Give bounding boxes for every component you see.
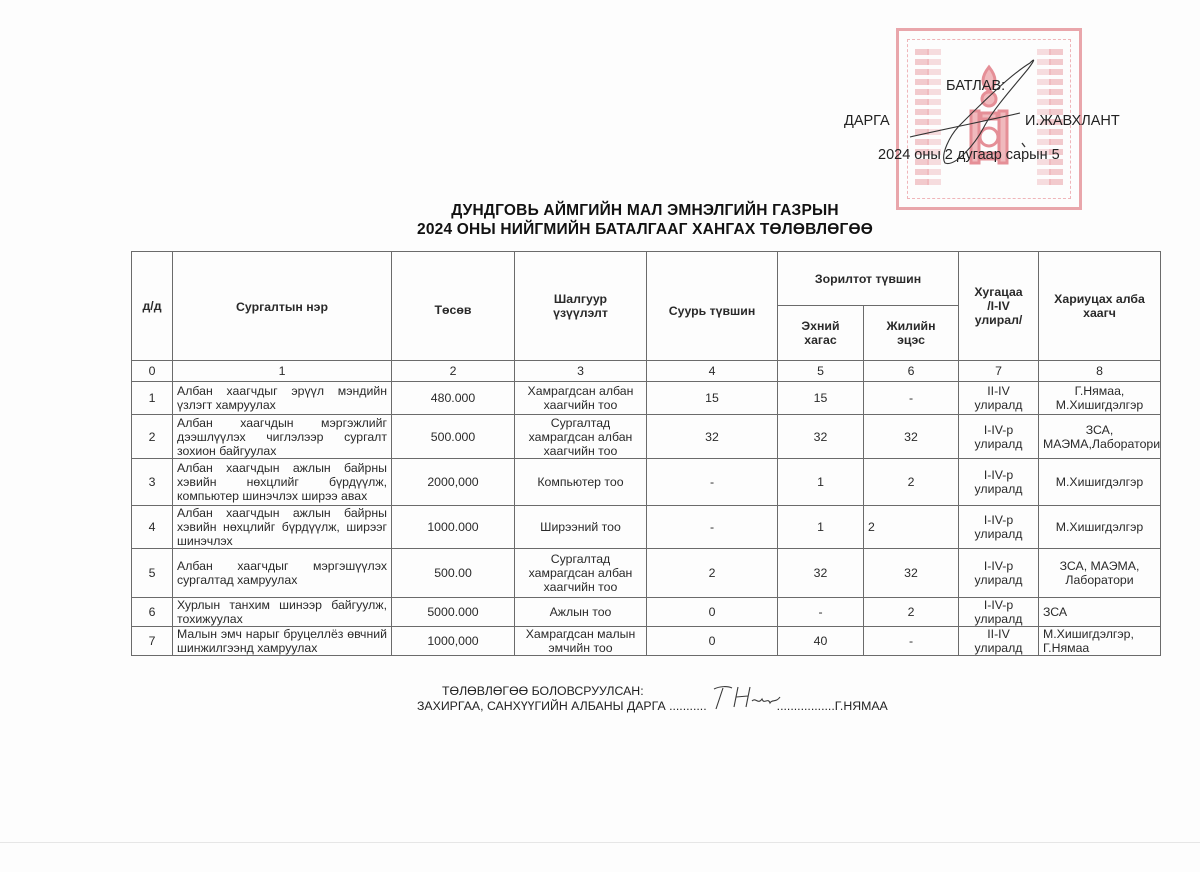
baseline-level-cell: 32 <box>647 415 778 459</box>
training-name-cell: Албан хаагчдын мэргэжлийг дээшлүүлэх чиг… <box>173 415 392 459</box>
budget-cell: 1000,000 <box>392 627 515 656</box>
director-signature <box>900 55 1070 175</box>
column-number-cell: 8 <box>1039 361 1161 382</box>
column-number-cell: 1 <box>173 361 392 382</box>
prepared-by-label: ТӨЛӨВЛӨГӨӨ БОЛОВСРУУЛСАН: <box>442 684 644 698</box>
target-first-half-cell: 1 <box>778 506 864 549</box>
responsible-staff-cell: Г.Нямаа, М.Хишигдэлгэр <box>1039 382 1161 415</box>
period-cell: I-IV-р улиралд <box>959 598 1039 627</box>
header-target-year-end: Жилийн эцэс <box>864 306 959 361</box>
target-first-half-cell: 15 <box>778 382 864 415</box>
indicator-cell: Ширээний тоо <box>515 506 647 549</box>
target-year-end-cell: 32 <box>864 549 959 598</box>
header-target-first-half: Эхний хагас <box>778 306 864 361</box>
budget-cell: 5000.000 <box>392 598 515 627</box>
column-number-cell: 3 <box>515 361 647 382</box>
approver-position: ДАРГА <box>844 113 890 129</box>
column-number-row: 012345678 <box>132 361 1161 382</box>
baseline-level-cell: - <box>647 506 778 549</box>
training-name-cell: Албан хаагчдын ажлын байрны хэвийн нөхцл… <box>173 506 392 549</box>
page-fold-line <box>0 842 1200 843</box>
budget-cell: 1000.000 <box>392 506 515 549</box>
column-number-cell: 2 <box>392 361 515 382</box>
preparer-signature <box>708 683 788 713</box>
header-responsible: Хариуцах алба хаагч <box>1039 252 1161 361</box>
responsible-staff-cell: ЗСА <box>1039 598 1161 627</box>
row-number-cell: 7 <box>132 627 173 656</box>
column-number-cell: 6 <box>864 361 959 382</box>
baseline-level-cell: 0 <box>647 627 778 656</box>
row-number-cell: 6 <box>132 598 173 627</box>
indicator-cell: Ажлын тоо <box>515 598 647 627</box>
budget-cell: 500.000 <box>392 415 515 459</box>
prepared-by-line: ЗАХИРГАА, САНХҮҮГИЙН АЛБАНЫ ДАРГА ......… <box>417 699 888 713</box>
header-budget: Төсөв <box>392 252 515 361</box>
header-no: д/д <box>132 252 173 361</box>
period-cell: II-IV улиралд <box>959 382 1039 415</box>
target-year-end-cell: 2 <box>864 459 959 506</box>
baseline-level-cell: 0 <box>647 598 778 627</box>
row-number-cell: 4 <box>132 506 173 549</box>
header-target: Зорилтот түвшин <box>778 252 959 306</box>
table-row: 4Албан хаагчдын ажлын байрны хэвийн нөхц… <box>132 506 1161 549</box>
responsible-staff-cell: ЗСА, МАЭМА,Лаборатори <box>1039 415 1161 459</box>
training-name-cell: Хурлын танхим шинээр байгуулж, тохижуула… <box>173 598 392 627</box>
target-first-half-cell: - <box>778 598 864 627</box>
row-number-cell: 1 <box>132 382 173 415</box>
header-period: Хугацаа /I-IV улирал/ <box>959 252 1039 361</box>
header-indicator: Шалгуур үзүүлэлт <box>515 252 647 361</box>
document-title-line1: ДУНДГОВЬ АЙМГИЙН МАЛ ЭМНЭЛГИЙН ГАЗРЫН <box>0 202 1200 220</box>
responsible-staff-cell: М.Хишигдэлгэр <box>1039 459 1161 506</box>
header-name: Сургалтын нэр <box>173 252 392 361</box>
period-cell: I-IV-р улиралд <box>959 459 1039 506</box>
budget-cell: 480.000 <box>392 382 515 415</box>
indicator-cell: Сургалтад хамрагдсан албан хаагчийн тоо <box>515 549 647 598</box>
signature-dots-left: ........... <box>669 699 707 713</box>
table-row: 3Албан хаагчдын ажлын байрны хэвийн нөхц… <box>132 459 1161 506</box>
target-year-end-cell: - <box>864 627 959 656</box>
baseline-level-cell: - <box>647 459 778 506</box>
header-row-1: д/д Сургалтын нэр Төсөв Шалгуур үзүүлэлт… <box>132 252 1161 306</box>
row-number-cell: 2 <box>132 415 173 459</box>
training-name-cell: Албан хаагчдын ажлын байрны хэвийн нөхцл… <box>173 459 392 506</box>
target-year-end-cell: 32 <box>864 415 959 459</box>
row-number-cell: 3 <box>132 459 173 506</box>
indicator-cell: Хамрагдсан малын эмчийн тоо <box>515 627 647 656</box>
header-baseline: Суурь түвшин <box>647 252 778 361</box>
responsible-staff-cell: ЗСА, МАЭМА, Лаборатори <box>1039 549 1161 598</box>
column-number-cell: 5 <box>778 361 864 382</box>
table-row: 6Хурлын танхим шинээр байгуулж, тохижуул… <box>132 598 1161 627</box>
column-number-cell: 7 <box>959 361 1039 382</box>
budget-cell: 2000,000 <box>392 459 515 506</box>
column-number-cell: 4 <box>647 361 778 382</box>
column-number-cell: 0 <box>132 361 173 382</box>
target-first-half-cell: 1 <box>778 459 864 506</box>
indicator-cell: Хамрагдсан албан хаагчийн тоо <box>515 382 647 415</box>
table-row: 5Албан хаагчдыг мэргэшүүлэх сургалтад ха… <box>132 549 1161 598</box>
table-row: 2Албан хаагчдын мэргэжлийг дээшлүүлэх чи… <box>132 415 1161 459</box>
training-name-cell: Албан хаагчдыг мэргэшүүлэх сургалтад хам… <box>173 549 392 598</box>
target-first-half-cell: 32 <box>778 549 864 598</box>
baseline-level-cell: 2 <box>647 549 778 598</box>
responsible-staff-cell: М.Хишигдэлгэр, Г.Нямаа <box>1039 627 1161 656</box>
target-year-end-cell: 2 <box>864 598 959 627</box>
table-row: 1Албан хаагчдыг эрүүл мэндийн үзлэгт хам… <box>132 382 1161 415</box>
document-title-line2: 2024 ОНЫ НИЙГМИЙН БАТАЛГААГ ХАНГАХ ТӨЛӨВ… <box>0 221 1200 239</box>
preparer-name: Г.НЯМАА <box>835 699 888 713</box>
period-cell: I-IV-р улиралд <box>959 549 1039 598</box>
indicator-cell: Сургалтад хамрагдсан албан хаагчийн тоо <box>515 415 647 459</box>
target-year-end-cell: - <box>864 382 959 415</box>
target-first-half-cell: 40 <box>778 627 864 656</box>
preparer-position: ЗАХИРГАА, САНХҮҮГИЙН АЛБАНЫ ДАРГА <box>417 699 669 713</box>
period-cell: I-IV-р улиралд <box>959 506 1039 549</box>
baseline-level-cell: 15 <box>647 382 778 415</box>
plan-table: д/д Сургалтын нэр Төсөв Шалгуур үзүүлэлт… <box>131 251 1161 656</box>
training-name-cell: Малын эмч нарыг бруцеллёз өвчний шинжилг… <box>173 627 392 656</box>
responsible-staff-cell: М.Хишигдэлгэр <box>1039 506 1161 549</box>
target-first-half-cell: 32 <box>778 415 864 459</box>
target-year-end-cell: 2 <box>864 506 959 549</box>
table-row: 7Малын эмч нарыг бруцеллёз өвчний шинжил… <box>132 627 1161 656</box>
period-cell: II-IV улиралд <box>959 627 1039 656</box>
row-number-cell: 5 <box>132 549 173 598</box>
indicator-cell: Компьютер тоо <box>515 459 647 506</box>
training-name-cell: Албан хаагчдыг эрүүл мэндийн үзлэгт хамр… <box>173 382 392 415</box>
budget-cell: 500.00 <box>392 549 515 598</box>
period-cell: I-IV-р улиралд <box>959 415 1039 459</box>
